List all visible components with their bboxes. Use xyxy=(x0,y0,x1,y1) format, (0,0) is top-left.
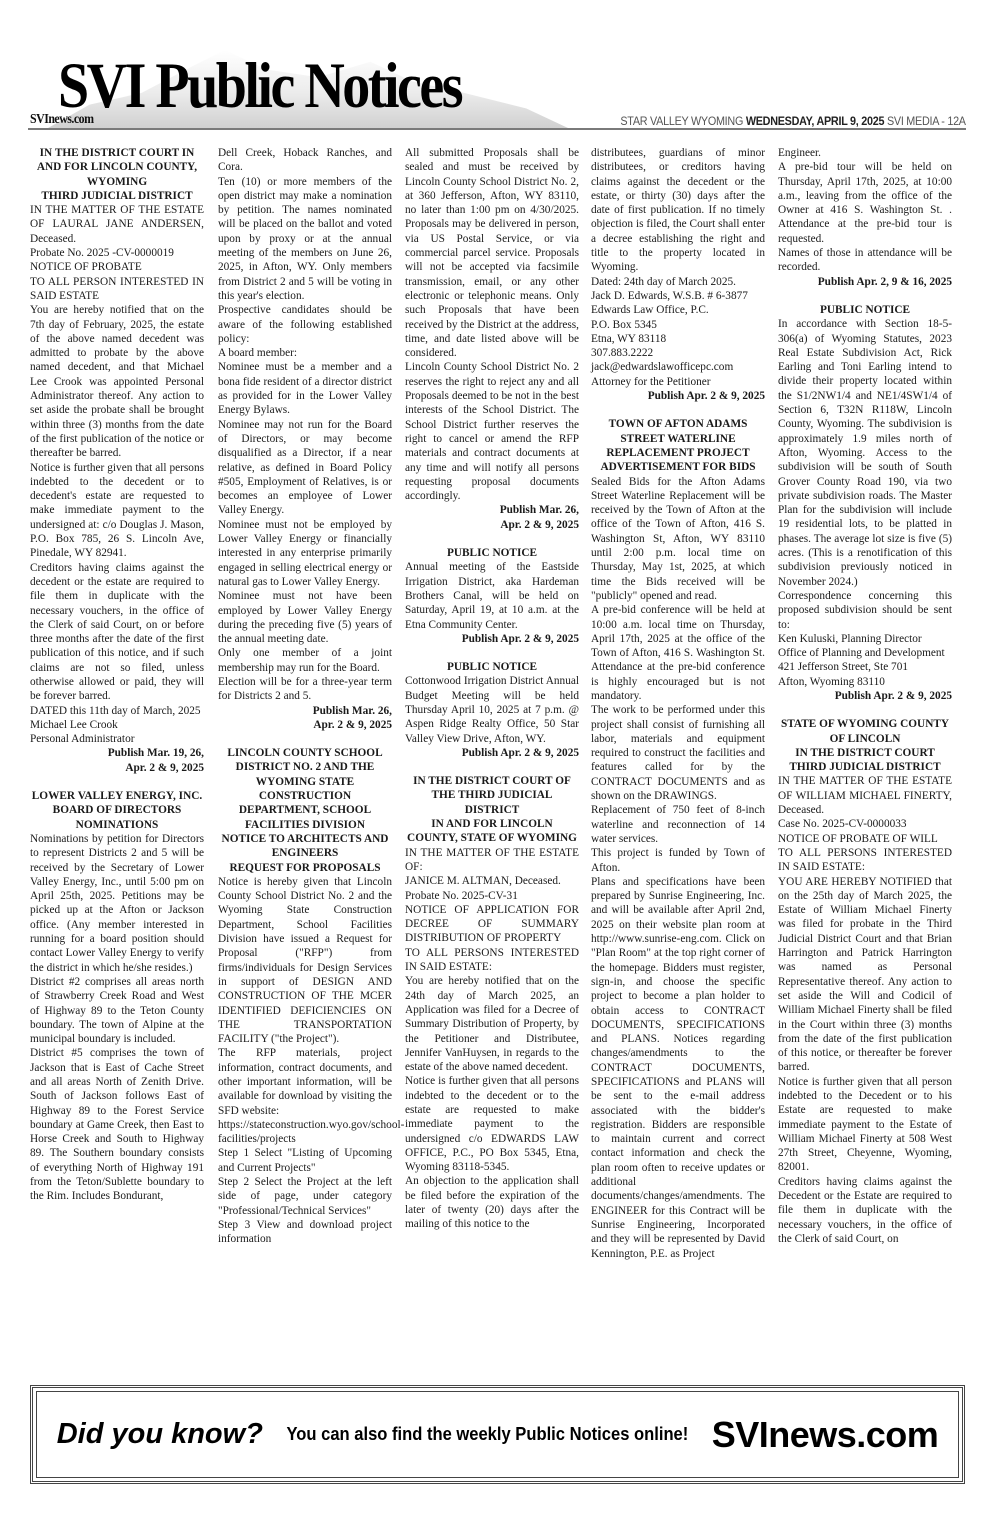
notice-paragraph: Jack D. Edwards, W.S.B. # 6-3877 xyxy=(591,289,765,303)
publish-dates: Publish Mar. 26, xyxy=(218,704,392,718)
notice-paragraph: Notice is further given that all persons… xyxy=(405,1074,579,1174)
notice-heading: REQUEST FOR PROPOSALS xyxy=(218,861,392,875)
notice-paragraph: Replacement of 750 feet of 8-inch waterl… xyxy=(591,803,765,846)
notice-paragraph: Attorney for the Petitioner xyxy=(591,375,765,389)
publish-dates: Publish Mar. 19, 26, xyxy=(30,746,204,760)
notice-heading: LINCOLN COUNTY SCHOOL DISTRICT NO. 2 AND… xyxy=(218,746,392,832)
notice-paragraph: NOTICE OF PROBATE xyxy=(30,260,204,274)
notice-paragraph: jack@edwardslawofficepc.com xyxy=(591,360,765,374)
notice-paragraph: Ten (10) or more members of the open dis… xyxy=(218,175,392,304)
notice-paragraph: TO ALL PERSON INTERESTED IN SAID ESTATE xyxy=(30,275,204,304)
notice-heading: IN AND FOR LINCOLN COUNTY, STATE OF WYOM… xyxy=(405,817,579,846)
notice-paragraph: The RFP materials, project information, … xyxy=(218,1046,392,1117)
publish-dates: Publish Apr. 2 & 9, 2025 xyxy=(405,632,579,646)
notice-paragraph: Nominee must not have been employed by L… xyxy=(218,589,392,646)
publish-dates: Publish Apr. 2 & 9, 2025 xyxy=(405,746,579,760)
column-1: IN THE DISTRICT COURT IN AND FOR LINCOLN… xyxy=(30,146,204,1204)
notice-paragraph: Creditors having claims against the Dece… xyxy=(778,1175,952,1246)
masthead: SVI Public Notices SVInews.com STAR VALL… xyxy=(28,40,966,126)
notice-paragraph: NOTICE OF APPLICATION FOR DECREE OF SUMM… xyxy=(405,903,579,946)
dateline-date: WEDNESDAY, APRIL 9, 2025 xyxy=(746,114,884,128)
notice-paragraph: Nominations by petition for Directors to… xyxy=(30,832,204,975)
promo-banner: Did you know? You can also find the week… xyxy=(30,1385,965,1484)
notice-heading: BOARD OF DIRECTORS NOMINATIONS xyxy=(30,803,204,832)
notice-paragraph: Probate No. 2025 -CV-0000019 xyxy=(30,246,204,260)
notice-paragraph: Michael Lee Crook xyxy=(30,718,204,732)
notice-heading: IN THE DISTRICT COURT THIRD JUDICIAL DIS… xyxy=(778,746,952,775)
notice-paragraph: Notice is hereby given that Lincoln Coun… xyxy=(218,875,392,1047)
promo-banner-inner: Did you know? You can also find the week… xyxy=(36,1391,959,1478)
notice-paragraph: Step 1 Select "Listing of Upcoming and C… xyxy=(218,1146,392,1175)
banner-url[interactable]: SVInews.com xyxy=(712,1414,939,1456)
notice-separator xyxy=(218,732,392,746)
notice-separator xyxy=(778,703,952,717)
notice-heading: NOTICE TO ARCHITECTS AND ENGINEERS xyxy=(218,832,392,861)
notice-separator xyxy=(405,532,579,546)
notice-heading: IN THE DISTRICT COURT OF THE THIRD JUDIC… xyxy=(405,774,579,817)
masthead-rule xyxy=(28,128,966,130)
notice-paragraph: P.O. Box 5345 xyxy=(591,318,765,332)
notice-paragraph: The work to be performed under this proj… xyxy=(591,703,765,803)
notice-paragraph: This project is funded by Town of Afton. xyxy=(591,846,765,875)
notice-paragraph: A pre-bid tour will be held on Thursday,… xyxy=(778,160,952,246)
notice-paragraph: Step 2 Select the Project at the left si… xyxy=(218,1175,392,1218)
notice-paragraph: A board member: xyxy=(218,346,392,360)
notice-paragraph: You are hereby notified that on the 7th … xyxy=(30,303,204,460)
dateline: STAR VALLEY WYOMING WEDNESDAY, APRIL 9, … xyxy=(621,114,966,128)
notice-paragraph: Election will be for a three-year term f… xyxy=(218,675,392,704)
notice-separator xyxy=(591,403,765,417)
publish-dates: Apr. 2 & 9, 2025 xyxy=(405,518,579,532)
notice-paragraph: All submitted Proposals shall be sealed … xyxy=(405,146,579,360)
banner-message: You can also find the weekly Public Noti… xyxy=(286,1424,688,1445)
notice-heading: TOWN OF AFTON ADAMS STREET WATERLINE REP… xyxy=(591,417,765,460)
notice-paragraph: In accordance with Section 18-5-306(a) o… xyxy=(778,317,952,589)
notice-paragraph: YOU ARE HEREBY NOTIFIED that on the 25th… xyxy=(778,875,952,1075)
notice-paragraph: Etna, WY 83118 xyxy=(591,332,765,346)
site-link[interactable]: SVInews.com xyxy=(30,112,93,128)
notice-separator xyxy=(405,760,579,774)
dateline-page: SVI MEDIA - 12A xyxy=(887,114,966,128)
publish-dates: Apr. 2 & 9, 2025 xyxy=(30,761,204,775)
notice-paragraph: Probate No. 2025-CV-31 xyxy=(405,889,579,903)
notice-paragraph: You are hereby notified that on the 24th… xyxy=(405,974,579,1074)
publish-dates: Publish Mar. 26, xyxy=(405,503,579,517)
column-4: distributees, guardians of minor distrib… xyxy=(591,146,765,1261)
column-3: All submitted Proposals shall be sealed … xyxy=(405,146,579,1232)
notice-paragraph: Notice is further given that all persons… xyxy=(30,461,204,561)
publication-title: SVI Public Notices xyxy=(58,54,461,118)
notice-heading: PUBLIC NOTICE xyxy=(778,303,952,317)
notice-paragraph: https://stateconstruction.wyo.gov/school… xyxy=(218,1118,392,1147)
publish-dates: Apr. 2 & 9, 2025 xyxy=(218,718,392,732)
notice-paragraph: Only one member of a joint membership ma… xyxy=(218,646,392,675)
notice-paragraph: Nominee must be a member and a bona fide… xyxy=(218,360,392,417)
notice-paragraph: Dated: 24th day of March 2025. xyxy=(591,275,765,289)
notice-paragraph: Edwards Law Office, P.C. xyxy=(591,303,765,317)
notice-paragraph: Plans and specifications have been prepa… xyxy=(591,875,765,1261)
notice-paragraph: Dell Creek, Hoback Ranches, and Cora. xyxy=(218,146,392,175)
notice-heading: PUBLIC NOTICE xyxy=(405,546,579,560)
notice-paragraph: Notice is further given that all person … xyxy=(778,1075,952,1175)
notice-paragraph: DATED this 11th day of March, 2025 xyxy=(30,704,204,718)
notice-separator xyxy=(778,289,952,303)
notice-paragraph: Personal Administrator xyxy=(30,732,204,746)
notice-paragraph: NOTICE OF PROBATE OF WILL xyxy=(778,832,952,846)
notice-paragraph: TO ALL PERSONS INTERESTED IN SAID ESTATE… xyxy=(405,946,579,975)
notice-paragraph: IN THE MATTER OF THE ESTATE OF LAURAL JA… xyxy=(30,203,204,246)
notice-paragraph: Ken Kuluski, Planning Director xyxy=(778,632,952,646)
notice-heading: IN THE DISTRICT COURT IN AND FOR LINCOLN… xyxy=(30,146,204,189)
notice-paragraph: Correspondence concerning this proposed … xyxy=(778,589,952,632)
notice-heading: ADVERTISEMENT FOR BIDS xyxy=(591,460,765,474)
notice-paragraph: Annual meeting of the Eastside Irrigatio… xyxy=(405,560,579,631)
notice-paragraph: Engineer. xyxy=(778,146,952,160)
notice-paragraph: A pre-bid conference will be held at 10:… xyxy=(591,603,765,703)
notice-paragraph: District #2 comprises all areas north of… xyxy=(30,975,204,1046)
notice-paragraph: TO ALL PERSONS INTERESTED IN SAID ESTATE… xyxy=(778,846,952,875)
notice-paragraph: Sealed Bids for the Afton Adams Street W… xyxy=(591,475,765,604)
column-5: Engineer.A pre-bid tour will be held on … xyxy=(778,146,952,1246)
notice-paragraph: Names of those in attendance will be rec… xyxy=(778,246,952,275)
notice-paragraph: An objection to the application shall be… xyxy=(405,1174,579,1231)
notice-paragraph: Nominee must not be employed by Lower Va… xyxy=(218,518,392,589)
notice-heading: LOWER VALLEY ENERGY, INC. xyxy=(30,789,204,803)
notice-separator xyxy=(405,646,579,660)
notice-paragraph: IN THE MATTER OF THE ESTATE OF WILLIAM M… xyxy=(778,774,952,817)
notice-paragraph: Lincoln County School District No. 2 res… xyxy=(405,360,579,503)
notice-paragraph: distributees, guardians of minor distrib… xyxy=(591,146,765,275)
notice-paragraph: 307.883.2222 xyxy=(591,346,765,360)
notices-columns: IN THE DISTRICT COURT IN AND FOR LINCOLN… xyxy=(30,146,966,1366)
notice-paragraph: Afton, Wyoming 83110 xyxy=(778,675,952,689)
notice-heading: STATE OF WYOMING COUNTY OF LINCOLN xyxy=(778,717,952,746)
notice-paragraph: Office of Planning and Development xyxy=(778,646,952,660)
column-2: Dell Creek, Hoback Ranches, and Cora.Ten… xyxy=(218,146,392,1247)
notice-paragraph: Creditors having claims against the dece… xyxy=(30,561,204,704)
publish-dates: Publish Apr. 2 & 9, 2025 xyxy=(778,689,952,703)
banner-lead: Did you know? xyxy=(57,1418,263,1451)
dateline-location: STAR VALLEY WYOMING xyxy=(621,114,744,128)
notice-paragraph: Nominee may not run for the Board of Dir… xyxy=(218,418,392,518)
notice-heading: THIRD JUDICIAL DISTRICT xyxy=(30,189,204,203)
notice-heading: PUBLIC NOTICE xyxy=(405,660,579,674)
notice-paragraph: Case No. 2025-CV-0000033 xyxy=(778,817,952,831)
notice-paragraph: Step 3 View and download project informa… xyxy=(218,1218,392,1247)
notice-paragraph: 421 Jefferson Street, Ste 701 xyxy=(778,660,952,674)
notice-paragraph: Cottonwood Irrigation District Annual Bu… xyxy=(405,674,579,745)
notice-paragraph: District #5 comprises the town of Jackso… xyxy=(30,1046,204,1203)
notice-paragraph: IN THE MATTER OF THE ESTATE OF: xyxy=(405,846,579,875)
notice-paragraph: JANICE M. ALTMAN, Deceased. xyxy=(405,874,579,888)
notice-paragraph: Prospective candidates should be aware o… xyxy=(218,303,392,346)
publish-dates: Publish Apr. 2 & 9, 2025 xyxy=(591,389,765,403)
publish-dates: Publish Apr. 2, 9 & 16, 2025 xyxy=(778,275,952,289)
notice-separator xyxy=(30,775,204,789)
